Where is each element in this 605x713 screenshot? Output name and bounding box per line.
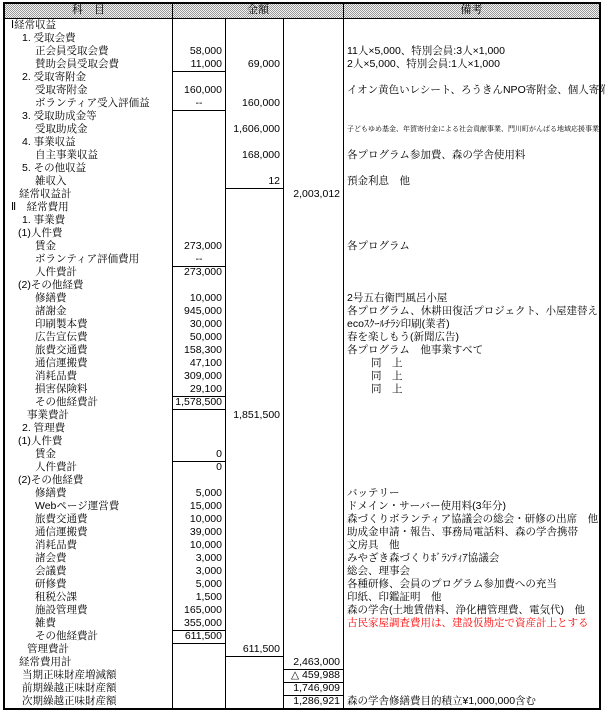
amount-total-cell [283, 643, 343, 657]
amount-total-cell [283, 435, 343, 448]
amount-subtotal-cell [225, 539, 283, 552]
table-row: 広告宣伝費50,000春を楽しもう(新聞広告) [5, 331, 599, 344]
subject-cell: 管理費計 [5, 643, 172, 657]
subject-cell: Webページ運営費 [5, 500, 172, 513]
amount-total-cell [283, 591, 343, 604]
subject-cell: (2)その他経費 [5, 279, 172, 292]
subject-cell: 賃金 [5, 448, 172, 462]
remarks-cell: 古民家屋調査費用は、建設仮勘定で資産計上とする [343, 617, 599, 631]
amount-detail-cell [172, 227, 225, 240]
amount-detail-cell [172, 422, 225, 435]
remarks-cell [343, 643, 599, 657]
subject-cell: 賃金 [5, 240, 172, 253]
amount-detail-cell [172, 188, 225, 201]
amount-subtotal-cell [225, 435, 283, 448]
table-row: 消耗品費10,000文房具 他 [5, 539, 599, 552]
remarks-cell [343, 266, 599, 279]
table-row: 人件費計273,000 [5, 266, 599, 279]
amount-total-cell [283, 383, 343, 397]
table-row: 賛助会員受取会費11,00069,0002人×5,000、特別会員:1人×1,0… [5, 58, 599, 71]
amount-detail-cell [172, 695, 225, 708]
amount-subtotal-cell [225, 188, 283, 201]
remarks-cell: 各プログラム [343, 240, 599, 253]
amount-detail-cell [172, 669, 225, 683]
table-row: 前期繰越正味財産額1,746,909 [5, 682, 599, 695]
remarks-cell [343, 19, 599, 32]
table-row: 経常費用計2,463,000 [5, 656, 599, 669]
remarks-cell: イオン黄色いレシート、ろうきんNPO寄附金、個人寄附 他 [343, 84, 605, 97]
amount-total-cell [283, 500, 343, 513]
subject-cell: 人件費計 [5, 461, 172, 474]
subject-cell: 1. 事業費 [5, 214, 172, 227]
subject-cell: 消耗品費 [5, 370, 172, 383]
table-body: Ⅰ経常収益1. 受取会費正会員受取会費58,00011人×5,000、特別会員:… [5, 19, 599, 708]
subject-cell: (1)人件費 [5, 227, 172, 240]
amount-detail-cell: -- [172, 97, 225, 111]
remarks-cell: 子どもゆめ基金、年賀寄付金による社会貢献事業、門川町がんばる地域応援事業 [343, 123, 599, 136]
remarks-cell [343, 279, 599, 292]
amount-detail-cell: 47,100 [172, 357, 225, 370]
amount-subtotal-cell: 12 [225, 175, 283, 189]
subject-cell: 自主事業収益 [5, 149, 172, 162]
amount-total-cell [283, 617, 343, 631]
amount-subtotal-cell: 69,000 [225, 58, 283, 72]
remarks-cell [343, 110, 599, 123]
amount-detail-cell: 10,000 [172, 292, 225, 305]
amount-total-cell [283, 149, 343, 162]
amount-subtotal-cell [225, 474, 283, 487]
amount-total-cell [283, 266, 343, 279]
table-row: 旅費交通費10,000森づくりボランティア協議会の総会・研修の出席 他 [5, 513, 599, 526]
amount-subtotal-cell [225, 292, 283, 305]
table-row: 3. 受取助成金等 [5, 110, 599, 123]
amount-subtotal-cell [225, 357, 283, 370]
table-row: 修繕費10,0002号五右衛門風呂小屋 [5, 292, 599, 305]
remarks-cell [343, 97, 599, 111]
amount-subtotal-cell [225, 19, 283, 32]
amount-subtotal-cell [225, 617, 283, 631]
subject-cell: 受取寄附金 [5, 84, 172, 97]
table-header-row: 科 目 金額 備考 [5, 4, 599, 19]
remarks-cell [343, 188, 599, 201]
activity-statement-table: 科 目 金額 備考 Ⅰ経常収益1. 受取会費正会員受取会費58,00011人×5… [3, 2, 601, 710]
amount-detail-cell [172, 175, 225, 189]
table-row: 研修費5,000各種研修、会員のプログラム参加費への充当 [5, 578, 599, 591]
remarks-cell: 同 上 [343, 370, 599, 383]
amount-total-cell [283, 578, 343, 591]
amount-detail-cell: 945,000 [172, 305, 225, 318]
subject-cell: (1)人件費 [5, 435, 172, 448]
amount-subtotal-cell [225, 136, 283, 149]
amount-total-cell [283, 461, 343, 474]
amount-total-cell [283, 58, 343, 72]
amount-subtotal-cell [225, 513, 283, 526]
amount-subtotal-cell [225, 279, 283, 292]
table-row: 2. 管理費 [5, 422, 599, 435]
amount-subtotal-cell [225, 383, 283, 397]
remarks-cell: 森の学舎(土地賃借料、浄化槽管理費、電気代) 他 [343, 604, 599, 617]
subject-cell: 修繕費 [5, 487, 172, 500]
amount-subtotal-cell [225, 682, 283, 696]
remarks-cell [343, 396, 599, 410]
subject-cell: 当期正味財産増減額 [5, 669, 172, 683]
remarks-cell: 11人×5,000、特別会員:3人×1,000 [343, 45, 599, 58]
amount-total-cell [283, 253, 343, 267]
amount-detail-cell [172, 19, 225, 32]
table-row: 当期正味財産増減額△ 459,988 [5, 669, 599, 682]
amount-subtotal-cell: 1,851,500 [225, 409, 283, 422]
remarks-cell: 各プログラム 他事業すべて [343, 344, 599, 357]
remarks-cell [343, 448, 599, 462]
amount-subtotal-cell: 1,606,000 [225, 123, 283, 136]
remarks-cell: 総会、理事会 [343, 565, 599, 578]
amount-detail-cell [172, 214, 225, 227]
amount-total-cell [283, 552, 343, 565]
subject-cell: 会議費 [5, 565, 172, 578]
remarks-cell [343, 669, 599, 683]
amount-total-cell [283, 45, 343, 58]
amount-subtotal-cell [225, 214, 283, 227]
subject-cell: 受取助成金 [5, 123, 172, 136]
table-row: 会議費3,000総会、理事会 [5, 565, 599, 578]
subject-cell: 3. 受取助成金等 [5, 110, 172, 123]
subject-cell: 4. 事業収益 [5, 136, 172, 149]
table-row: Ⅰ経常収益 [5, 19, 599, 32]
table-row: 消耗品費309,000同 上 [5, 370, 599, 383]
amount-detail-cell: 273,000 [172, 266, 225, 279]
amount-total-cell [283, 331, 343, 344]
table-row: (2)その他経費 [5, 474, 599, 487]
amount-detail-cell: 30,000 [172, 318, 225, 331]
amount-detail-cell: 5,000 [172, 487, 225, 500]
amount-total-cell [283, 19, 343, 32]
amount-total-cell [283, 539, 343, 552]
amount-detail-cell: 160,000 [172, 84, 225, 97]
amount-subtotal-cell [225, 227, 283, 240]
amount-subtotal-cell [225, 84, 283, 97]
amount-total-cell: 1,746,909 [283, 682, 343, 696]
amount-total-cell [283, 448, 343, 462]
amount-total-cell [283, 604, 343, 617]
subject-cell: 諸謝金 [5, 305, 172, 318]
amount-detail-cell [172, 643, 225, 657]
subject-cell: 広告宣伝費 [5, 331, 172, 344]
remarks-cell [343, 32, 599, 45]
subject-cell: 通信運搬費 [5, 526, 172, 539]
amount-total-cell [283, 565, 343, 578]
amount-subtotal-cell [225, 201, 283, 214]
remarks-cell: 各プログラム、休耕田復活プロジェクト、小屋建替え [343, 305, 599, 318]
amount-total-cell: 2,463,000 [283, 656, 343, 670]
amount-subtotal-cell: 611,500 [225, 643, 283, 657]
table-row: その他経費計611,500 [5, 630, 599, 643]
remarks-cell [343, 253, 599, 267]
table-row: 賃金273,000各プログラム [5, 240, 599, 253]
remarks-cell: 森づくりボランティア協議会の総会・研修の出席 他 [343, 513, 599, 526]
remarks-cell [343, 227, 599, 240]
amount-total-cell [283, 344, 343, 357]
amount-total-cell [283, 71, 343, 84]
amount-total-cell [283, 526, 343, 539]
table-row: 事業費計1,851,500 [5, 409, 599, 422]
amount-subtotal-cell [225, 565, 283, 578]
table-row: 4. 事業収益 [5, 136, 599, 149]
subject-cell: 通信運搬費 [5, 357, 172, 370]
subject-cell: 人件費計 [5, 266, 172, 279]
amount-detail-cell: 165,000 [172, 604, 225, 617]
amount-subtotal-cell [225, 344, 283, 357]
subject-cell: Ⅱ 経常費用 [5, 201, 172, 214]
amount-total-cell [283, 409, 343, 422]
amount-detail-cell [172, 136, 225, 149]
amount-total-cell [283, 175, 343, 189]
amount-total-cell [283, 136, 343, 149]
table-row: (1)人件費 [5, 435, 599, 448]
subject-cell: 2. 受取寄附金 [5, 71, 172, 84]
amount-total-cell [283, 318, 343, 331]
table-row: その他経費計1,578,500 [5, 396, 599, 409]
amount-subtotal-cell [225, 422, 283, 435]
table-row: 人件費計0 [5, 461, 599, 474]
amount-detail-cell: 58,000 [172, 45, 225, 58]
subject-cell: 雑収入 [5, 175, 172, 189]
amount-detail-cell [172, 110, 225, 123]
table-row: 諸会費3,000みやざき森づくりﾎﾞﾗﾝﾃｨｱ協議会 [5, 552, 599, 565]
table-row: 次期繰越正味財産額1,286,921森の学舎修繕費目的積立¥1,000,000含… [5, 695, 599, 708]
subject-cell: ボランティア受入評価益 [5, 97, 172, 111]
amount-total-cell [283, 84, 343, 97]
amount-total-cell [283, 32, 343, 45]
remarks-cell [343, 435, 599, 448]
amount-detail-cell: 309,000 [172, 370, 225, 383]
amount-subtotal-cell [225, 448, 283, 462]
remarks-cell: 2号五右衛門風呂小屋 [343, 292, 599, 305]
amount-subtotal-cell [225, 669, 283, 683]
amount-subtotal-cell [225, 162, 283, 175]
table-row: 印刷製本費30,000ecoｽｸｰﾙﾁﾗｼ印刷(業者) [5, 318, 599, 331]
amount-total-cell [283, 396, 343, 410]
remarks-cell [343, 682, 599, 696]
subject-cell: 修繕費 [5, 292, 172, 305]
amount-total-cell [283, 214, 343, 227]
amount-total-cell [283, 422, 343, 435]
table-row: ボランティア受入評価益--160,000 [5, 97, 599, 110]
remarks-cell [343, 71, 599, 84]
subject-cell: Ⅰ経常収益 [5, 19, 172, 32]
subject-cell: 前期繰越正味財産額 [5, 682, 172, 696]
amount-total-cell [283, 370, 343, 383]
amount-detail-cell: -- [172, 253, 225, 267]
remarks-cell: 印紙、印鑑証明 他 [343, 591, 599, 604]
subject-cell: 雑費 [5, 617, 172, 631]
subject-cell: 研修費 [5, 578, 172, 591]
amount-total-cell [283, 630, 343, 644]
table-row: 自主事業収益168,000各プログラム参加費、森の学舎使用料 [5, 149, 599, 162]
amount-subtotal-cell [225, 552, 283, 565]
subject-cell: その他経費計 [5, 396, 172, 410]
amount-subtotal-cell [225, 45, 283, 58]
table-row: 通信運搬費39,000助成金申請・報告、事務局電話料、森の学舎携帯 [5, 526, 599, 539]
remarks-cell [343, 422, 599, 435]
amount-detail-cell: 355,000 [172, 617, 225, 631]
subject-cell: 賛助会員受取会費 [5, 58, 172, 72]
amount-detail-cell: 11,000 [172, 58, 225, 72]
table-row: 1. 受取会費 [5, 32, 599, 45]
amount-subtotal-cell [225, 32, 283, 45]
subject-cell: 租税公課 [5, 591, 172, 604]
amount-total-cell [283, 97, 343, 111]
amount-total-cell [283, 201, 343, 214]
subject-cell: ボランティア評価費用 [5, 253, 172, 267]
amount-subtotal-cell [225, 526, 283, 539]
table-row: 雑収入12預金利息 他 [5, 175, 599, 188]
amount-subtotal-cell: 168,000 [225, 149, 283, 162]
table-row: 2. 受取寄附金 [5, 71, 599, 84]
remarks-cell: 同 上 [343, 383, 599, 397]
amount-detail-cell: 15,000 [172, 500, 225, 513]
amount-detail-cell: 1,578,500 [172, 396, 225, 410]
subject-cell: 印刷製本費 [5, 318, 172, 331]
amount-total-cell [283, 487, 343, 500]
remarks-cell [343, 201, 599, 214]
subject-cell: 1. 受取会費 [5, 32, 172, 45]
amount-detail-cell: 273,000 [172, 240, 225, 253]
remarks-cell: 2人×5,000、特別会員:1人×1,000 [343, 58, 599, 72]
amount-detail-cell [172, 682, 225, 696]
remarks-cell: バッテリー [343, 487, 599, 500]
amount-detail-cell: 29,100 [172, 383, 225, 397]
amount-total-cell [283, 357, 343, 370]
table-row: 諸謝金945,000各プログラム、休耕田復活プロジェクト、小屋建替え [5, 305, 599, 318]
amount-total-cell [283, 162, 343, 175]
remarks-cell: 同 上 [343, 357, 599, 370]
amount-detail-cell [172, 162, 225, 175]
subject-cell: その他経費計 [5, 630, 172, 644]
remarks-cell: 森の学舎修繕費目的積立¥1,000,000含む [343, 695, 599, 708]
amount-total-cell [283, 292, 343, 305]
amount-detail-cell [172, 656, 225, 670]
amount-total-cell [283, 279, 343, 292]
table-row: 旅費交通費158,300各プログラム 他事業すべて [5, 344, 599, 357]
subject-cell: 2. 管理費 [5, 422, 172, 435]
amount-detail-cell: 10,000 [172, 539, 225, 552]
table-row: ボランティア評価費用-- [5, 253, 599, 266]
subject-cell: 旅費交通費 [5, 513, 172, 526]
subject-cell: 消耗品費 [5, 539, 172, 552]
amount-subtotal-cell [225, 656, 283, 670]
remarks-cell: 各種研修、会員のプログラム参加費への充当 [343, 578, 599, 591]
table-row: 租税公課1,500印紙、印鑑証明 他 [5, 591, 599, 604]
remarks-cell: ecoｽｸｰﾙﾁﾗｼ印刷(業者) [343, 318, 599, 331]
remarks-cell: 文房具 他 [343, 539, 599, 552]
amount-detail-cell: 611,500 [172, 630, 225, 644]
amount-detail-cell: 1,500 [172, 591, 225, 604]
remarks-cell [343, 630, 599, 644]
amount-detail-cell: 158,300 [172, 344, 225, 357]
remarks-cell [343, 461, 599, 474]
amount-subtotal-cell [225, 253, 283, 267]
table-row: 損害保険料29,100同 上 [5, 383, 599, 396]
header-subject: 科 目 [5, 4, 172, 18]
amount-subtotal-cell [225, 630, 283, 644]
amount-subtotal-cell [225, 500, 283, 513]
table-row: 正会員受取会費58,00011人×5,000、特別会員:3人×1,000 [5, 45, 599, 58]
amount-total-cell [283, 305, 343, 318]
amount-subtotal-cell: 160,000 [225, 97, 283, 111]
header-amount: 金額 [172, 4, 343, 18]
subject-cell: 旅費交通費 [5, 344, 172, 357]
remarks-cell: 各プログラム参加費、森の学舎使用料 [343, 149, 599, 162]
subject-cell: 施設管理費 [5, 604, 172, 617]
amount-subtotal-cell [225, 591, 283, 604]
remarks-cell: 助成金申請・報告、事務局電話料、森の学舎携帯 [343, 526, 599, 539]
amount-total-cell [283, 110, 343, 123]
amount-detail-cell: 0 [172, 461, 225, 474]
amount-total-cell [283, 240, 343, 253]
table-row: 管理費計611,500 [5, 643, 599, 656]
amount-detail-cell [172, 149, 225, 162]
amount-detail-cell: 3,000 [172, 565, 225, 578]
table-row: 1. 事業費 [5, 214, 599, 227]
amount-total-cell: 1,286,921 [283, 695, 343, 708]
amount-detail-cell: 39,000 [172, 526, 225, 539]
table-row: 5. その他収益 [5, 162, 599, 175]
table-row: 施設管理費165,000森の学舎(土地賃借料、浄化槽管理費、電気代) 他 [5, 604, 599, 617]
subject-cell: 正会員受取会費 [5, 45, 172, 58]
amount-total-cell [283, 474, 343, 487]
amount-detail-cell: 0 [172, 448, 225, 462]
remarks-cell [343, 474, 599, 487]
amount-total-cell: 2,003,012 [283, 188, 343, 201]
amount-total-cell [283, 123, 343, 136]
subject-cell: 5. その他収益 [5, 162, 172, 175]
subject-cell: 諸会費 [5, 552, 172, 565]
table-row: 受取助成金1,606,000子どもゆめ基金、年賀寄付金による社会貢献事業、門川町… [5, 123, 599, 136]
amount-subtotal-cell [225, 331, 283, 344]
amount-detail-cell [172, 123, 225, 136]
remarks-cell: 春を楽しもう(新聞広告) [343, 331, 599, 344]
amount-subtotal-cell [225, 604, 283, 617]
amount-subtotal-cell [225, 240, 283, 253]
table-row: Ⅱ 経常費用 [5, 201, 599, 214]
amount-detail-cell [172, 474, 225, 487]
table-row: Webページ運営費15,000ドメイン・サーバー使用料(3年分) [5, 500, 599, 513]
amount-total-cell [283, 513, 343, 526]
amount-detail-cell [172, 435, 225, 448]
amount-subtotal-cell [225, 318, 283, 331]
remarks-cell [343, 214, 599, 227]
subject-cell: 経常費用計 [5, 656, 172, 670]
amount-subtotal-cell [225, 695, 283, 708]
amount-detail-cell: 3,000 [172, 552, 225, 565]
amount-subtotal-cell [225, 370, 283, 383]
amount-detail-cell [172, 279, 225, 292]
amount-subtotal-cell [225, 71, 283, 84]
subject-cell: 事業費計 [5, 409, 172, 422]
amount-detail-cell: 10,000 [172, 513, 225, 526]
subject-cell: (2)その他経費 [5, 474, 172, 487]
header-remarks: 備考 [343, 4, 599, 18]
amount-total-cell: △ 459,988 [283, 669, 343, 683]
table-row: (2)その他経費 [5, 279, 599, 292]
amount-detail-cell [172, 32, 225, 45]
subject-cell: 経常収益計 [5, 188, 172, 201]
amount-subtotal-cell [225, 461, 283, 474]
amount-subtotal-cell [225, 578, 283, 591]
remarks-cell [343, 656, 599, 670]
amount-subtotal-cell [225, 487, 283, 500]
amount-detail-cell [172, 409, 225, 422]
